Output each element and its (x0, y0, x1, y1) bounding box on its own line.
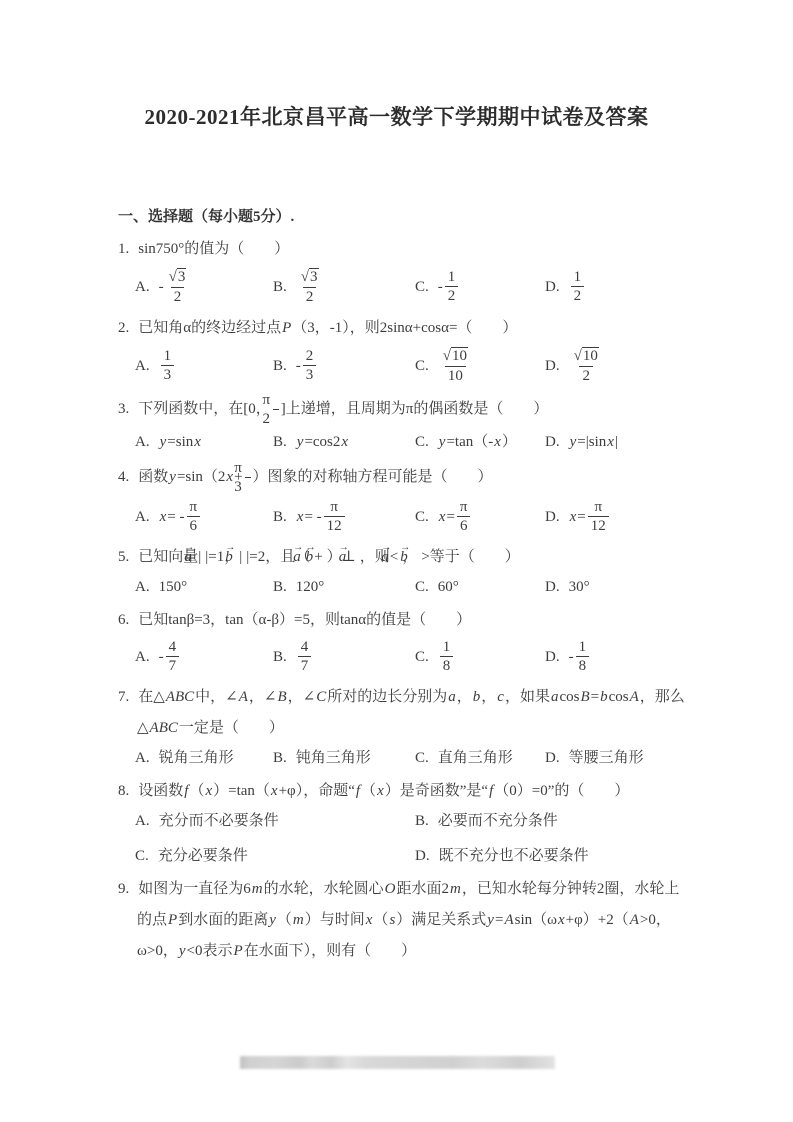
question-9: 9.如图为一直径为6m的水轮，水轮圆心O距水面2m，已知水轮每分钟转2圈，水轮上… (118, 874, 693, 967)
question-stem: 8.设函数f（x）=tan（x+φ），命题“f（x）是奇函数”是“f（0）=0”… (118, 776, 693, 807)
fraction: 47 (166, 639, 180, 675)
option-body: 120° (296, 576, 325, 598)
option-D: D.-18 (545, 639, 693, 675)
option-D: D.√102 (545, 347, 693, 385)
option-label: A. (135, 646, 150, 668)
option-C: C.y=tan（-x） (415, 431, 545, 453)
option-body: x=π12 (569, 499, 611, 535)
vector-b: b (323, 542, 327, 573)
option-label: B. (273, 431, 287, 453)
option-body: 充分必要条件 (158, 845, 248, 867)
option-A: A.-√32 (135, 268, 273, 306)
question-stem-text: 已知向量|a|=1，|b|=2，且（a+b）⊥a，则<a，b>等于（ ） (138, 549, 519, 565)
question-stem-text: 下列函数中，在[0，π2]上递增，且周期为π的偶函数是（ ） (138, 401, 548, 417)
option-body: y=sinx (159, 431, 202, 453)
option-row: A.150°B.120°C.60°D.30° (118, 576, 693, 598)
fraction: π12 (588, 499, 609, 535)
option-body: 47 (296, 639, 314, 675)
question-number: 5. (118, 549, 129, 565)
question-7: 7.在△ABC中，∠A，∠B，∠C所对的边长分别为a，b，c，如果acosB=b… (118, 682, 693, 769)
question-number: 2. (118, 320, 129, 336)
option-row: A.13B.-23C.√1010D.√102 (118, 347, 693, 385)
option-label: D. (545, 747, 560, 769)
option-label: D. (545, 431, 560, 453)
option-body: √32 (296, 268, 324, 306)
page-title: 2020-2021年北京昌平高一数学下学期期中试卷及答案 (0, 0, 793, 131)
square-root: √10 (574, 348, 599, 364)
fraction: 12 (571, 269, 585, 305)
question-stem-text: 设函数f（x）=tan（x+φ），命题“f（x）是奇函数”是“f（0）=0”的（… (138, 783, 629, 799)
option-label: C. (415, 576, 429, 598)
option-A: A.-47 (135, 639, 273, 675)
option-row: A.-√32B.√32C.-12D.12 (118, 268, 693, 306)
option-body: y=cos2x (296, 431, 349, 453)
question-number: 1. (118, 241, 129, 257)
option-body: 钝角三角形 (296, 747, 371, 769)
option-D: D.12 (545, 269, 693, 305)
option-label: C. (415, 431, 429, 453)
question-stem: 2.已知角α的终边经过点P（3，-1），则2sinα+cosα=（ ） (118, 313, 693, 344)
option-label: C. (135, 845, 149, 867)
option-B: B.√32 (273, 268, 415, 306)
option-label: B. (415, 810, 429, 832)
fraction: π2 (273, 392, 279, 428)
option-label: C. (415, 506, 429, 528)
option-body: 既不充分也不必要条件 (439, 845, 589, 867)
option-C: C.充分必要条件 (135, 845, 415, 867)
option-label: B. (273, 646, 287, 668)
option-label: D. (545, 506, 560, 528)
option-label: B. (273, 276, 287, 298)
option-row: A.y=sinxB.y=cos2xC.y=tan（-x）D.y=|sinx| (118, 431, 693, 453)
fraction: √32 (298, 268, 322, 306)
fraction: 13 (161, 348, 175, 384)
option-body: 直角三角形 (438, 747, 513, 769)
vector-a: a (356, 542, 360, 573)
option-label: B. (273, 576, 287, 598)
question-stem-text: 函数y=sin（2x+π3）图象的对称轴方程可能是（ ） (138, 469, 492, 485)
question-6: 6.已知tanβ=3，tan（α-β）=5，则tanα的值是（ ）A.-47B.… (118, 605, 693, 675)
vector-a: a (201, 542, 205, 573)
option-body: 12 (569, 269, 587, 305)
option-row: A.x= - π6B.x= - π12C.x=π6D.x=π12 (118, 499, 693, 535)
question-stem: 5.已知向量|a|=1，|b|=2，且（a+b）⊥a，则<a，b>等于（ ） (118, 542, 693, 573)
option-C: C.直角三角形 (415, 747, 545, 769)
question-8: 8.设函数f（x）=tan（x+φ），命题“f（x）是奇函数”是“f（0）=0”… (118, 776, 693, 867)
option-label: A. (135, 355, 150, 377)
option-B: B.47 (273, 639, 415, 675)
question-3: 3.下列函数中，在[0，π2]上递增，且周期为π的偶函数是（ ）A.y=sinx… (118, 392, 693, 453)
option-B: B.必要而不充分条件 (415, 810, 693, 832)
fraction: 12 (445, 269, 459, 305)
square-root: √10 (443, 348, 468, 364)
option-body: -18 (569, 639, 592, 675)
option-body: 充分而不必要条件 (159, 810, 279, 832)
option-body: -47 (159, 639, 182, 675)
question-number: 9. (118, 881, 129, 897)
option-label: D. (545, 355, 560, 377)
option-C: C.60° (415, 576, 545, 598)
option-label: B. (273, 355, 287, 377)
option-body: y=|sinx| (569, 431, 618, 453)
option-label: A. (135, 431, 150, 453)
option-C: C.√1010 (415, 347, 545, 385)
option-row: A.-47B.47C.18D.-18 (118, 639, 693, 675)
question-stem-text: 已知tanβ=3，tan（α-β）=5，则tanα的值是（ ） (138, 612, 471, 628)
option-body: y=tan（-x） (438, 431, 517, 453)
question-1: 1.sin750°的值为（ ）A.-√32B.√32C.-12D.12 (118, 234, 693, 306)
option-D: D.既不充分也不必要条件 (415, 845, 693, 867)
question-stem: 1.sin750°的值为（ ） (118, 234, 693, 265)
question-number: 3. (118, 401, 129, 417)
fraction: 18 (440, 639, 454, 675)
option-label: D. (415, 845, 430, 867)
option-body: -12 (438, 269, 461, 305)
option-body: -√32 (159, 268, 192, 306)
option-label: C. (415, 646, 429, 668)
fraction: π3 (245, 460, 251, 496)
question-number: 4. (118, 469, 129, 485)
question-stem-text: 如图为一直径为6m的水轮，水轮圆心O距水面2m，已知水轮每分钟转2圈，水轮上的点… (137, 881, 679, 959)
fraction: π6 (186, 499, 200, 535)
fraction: 18 (576, 639, 590, 675)
question-stem: 4.函数y=sin（2x+π3）图象的对称轴方程可能是（ ） (118, 460, 693, 496)
option-label: B. (273, 747, 287, 769)
option-D: D.等腰三角形 (545, 747, 693, 769)
option-D: D.30° (545, 576, 693, 598)
option-body: 30° (569, 576, 590, 598)
question-stem: 9.如图为一直径为6m的水轮，水轮圆心O距水面2m，已知水轮每分钟转2圈，水轮上… (118, 874, 693, 967)
option-body: 锐角三角形 (159, 747, 234, 769)
fraction: √32 (166, 268, 190, 306)
question-stem: 3.下列函数中，在[0，π2]上递增，且周期为π的偶函数是（ ） (118, 392, 693, 428)
option-B: B.钝角三角形 (273, 747, 415, 769)
option-body: 13 (159, 348, 177, 384)
question-4: 4.函数y=sin（2x+π3）图象的对称轴方程可能是（ ）A.x= - π6B… (118, 460, 693, 535)
option-label: D. (545, 576, 560, 598)
option-label: D. (545, 276, 560, 298)
fraction: π6 (457, 499, 471, 535)
option-B: B.x= - π12 (273, 499, 415, 535)
option-A: A.锐角三角形 (135, 747, 273, 769)
option-row: A.锐角三角形B.钝角三角形C.直角三角形D.等腰三角形 (118, 747, 693, 769)
option-body: x=π6 (438, 499, 473, 535)
option-body: 150° (159, 576, 188, 598)
option-C: C.18 (415, 639, 545, 675)
option-C: C.-12 (415, 269, 545, 305)
option-label: B. (273, 506, 287, 528)
option-C: C.x=π6 (415, 499, 545, 535)
option-A: A.y=sinx (135, 431, 273, 453)
option-label: A. (135, 576, 150, 598)
option-body: x= - π6 (159, 499, 202, 535)
vector-b: b (242, 542, 246, 573)
question-number: 6. (118, 612, 129, 628)
option-A: A.x= - π6 (135, 499, 273, 535)
option-B: B.y=cos2x (273, 431, 415, 453)
option-body: 60° (438, 576, 459, 598)
option-body: 18 (438, 639, 456, 675)
option-B: B.-23 (273, 348, 415, 384)
option-body: √102 (569, 347, 604, 385)
fraction: π12 (324, 499, 345, 535)
vector-b: b (417, 542, 421, 573)
question-stem-text: 在△ABC中，∠A，∠B，∠C所对的边长分别为a，b，c，如果acosB=bco… (137, 689, 685, 736)
question-stem-text: 已知角α的终边经过点P（3，-1），则2sinα+cosα=（ ） (138, 320, 517, 336)
option-row: A.充分而不必要条件B.必要而不充分条件C.充分必要条件D.既不充分也不必要条件 (118, 810, 693, 867)
option-body: x= - π12 (296, 499, 347, 535)
fraction: √102 (571, 347, 602, 385)
question-number: 7. (118, 689, 129, 705)
question-list: 1.sin750°的值为（ ）A.-√32B.√32C.-12D.122.已知角… (118, 234, 693, 967)
option-label: D. (545, 646, 560, 668)
question-stem: 7.在△ABC中，∠A，∠B，∠C所对的边长分别为a，b，c，如果acosB=b… (118, 682, 693, 744)
question-stem: 6.已知tanβ=3，tan（α-β）=5，则tanα的值是（ ） (118, 605, 693, 636)
fraction: √1010 (440, 347, 471, 385)
option-D: D.x=π12 (545, 499, 693, 535)
exam-page: 2020-2021年北京昌平高一数学下学期期中试卷及答案 一、选择题（每小题5分… (0, 0, 793, 1122)
option-D: D.y=|sinx| (545, 431, 693, 453)
question-5: 5.已知向量|a|=1，|b|=2，且（a+b）⊥a，则<a，b>等于（ ）A.… (118, 542, 693, 598)
section-heading: 一、选择题（每小题5分）. (118, 205, 693, 229)
fraction: 47 (298, 639, 312, 675)
option-body: 等腰三角形 (569, 747, 644, 769)
option-label: A. (135, 747, 150, 769)
redacted-watermark (240, 1056, 555, 1069)
option-B: B.120° (273, 576, 415, 598)
option-label: A. (135, 810, 150, 832)
option-label: A. (135, 276, 150, 298)
option-label: C. (415, 355, 429, 377)
question-2: 2.已知角α的终边经过点P（3，-1），则2sinα+cosα=（ ）A.13B… (118, 313, 693, 385)
option-body: √1010 (438, 347, 473, 385)
option-A: A.150° (135, 576, 273, 598)
fraction: 23 (303, 348, 317, 384)
option-A: A.13 (135, 348, 273, 384)
option-body: -23 (296, 348, 319, 384)
option-label: A. (135, 506, 150, 528)
square-root: √3 (169, 269, 187, 285)
option-body: 必要而不充分条件 (438, 810, 558, 832)
question-stem-text: sin750°的值为（ ） (138, 241, 289, 257)
option-label: C. (415, 276, 429, 298)
option-label: C. (415, 747, 429, 769)
question-number: 8. (118, 783, 129, 799)
square-root: √3 (301, 269, 319, 285)
option-A: A.充分而不必要条件 (135, 810, 415, 832)
exam-content: 一、选择题（每小题5分）. 1.sin750°的值为（ ）A.-√32B.√32… (118, 205, 693, 967)
